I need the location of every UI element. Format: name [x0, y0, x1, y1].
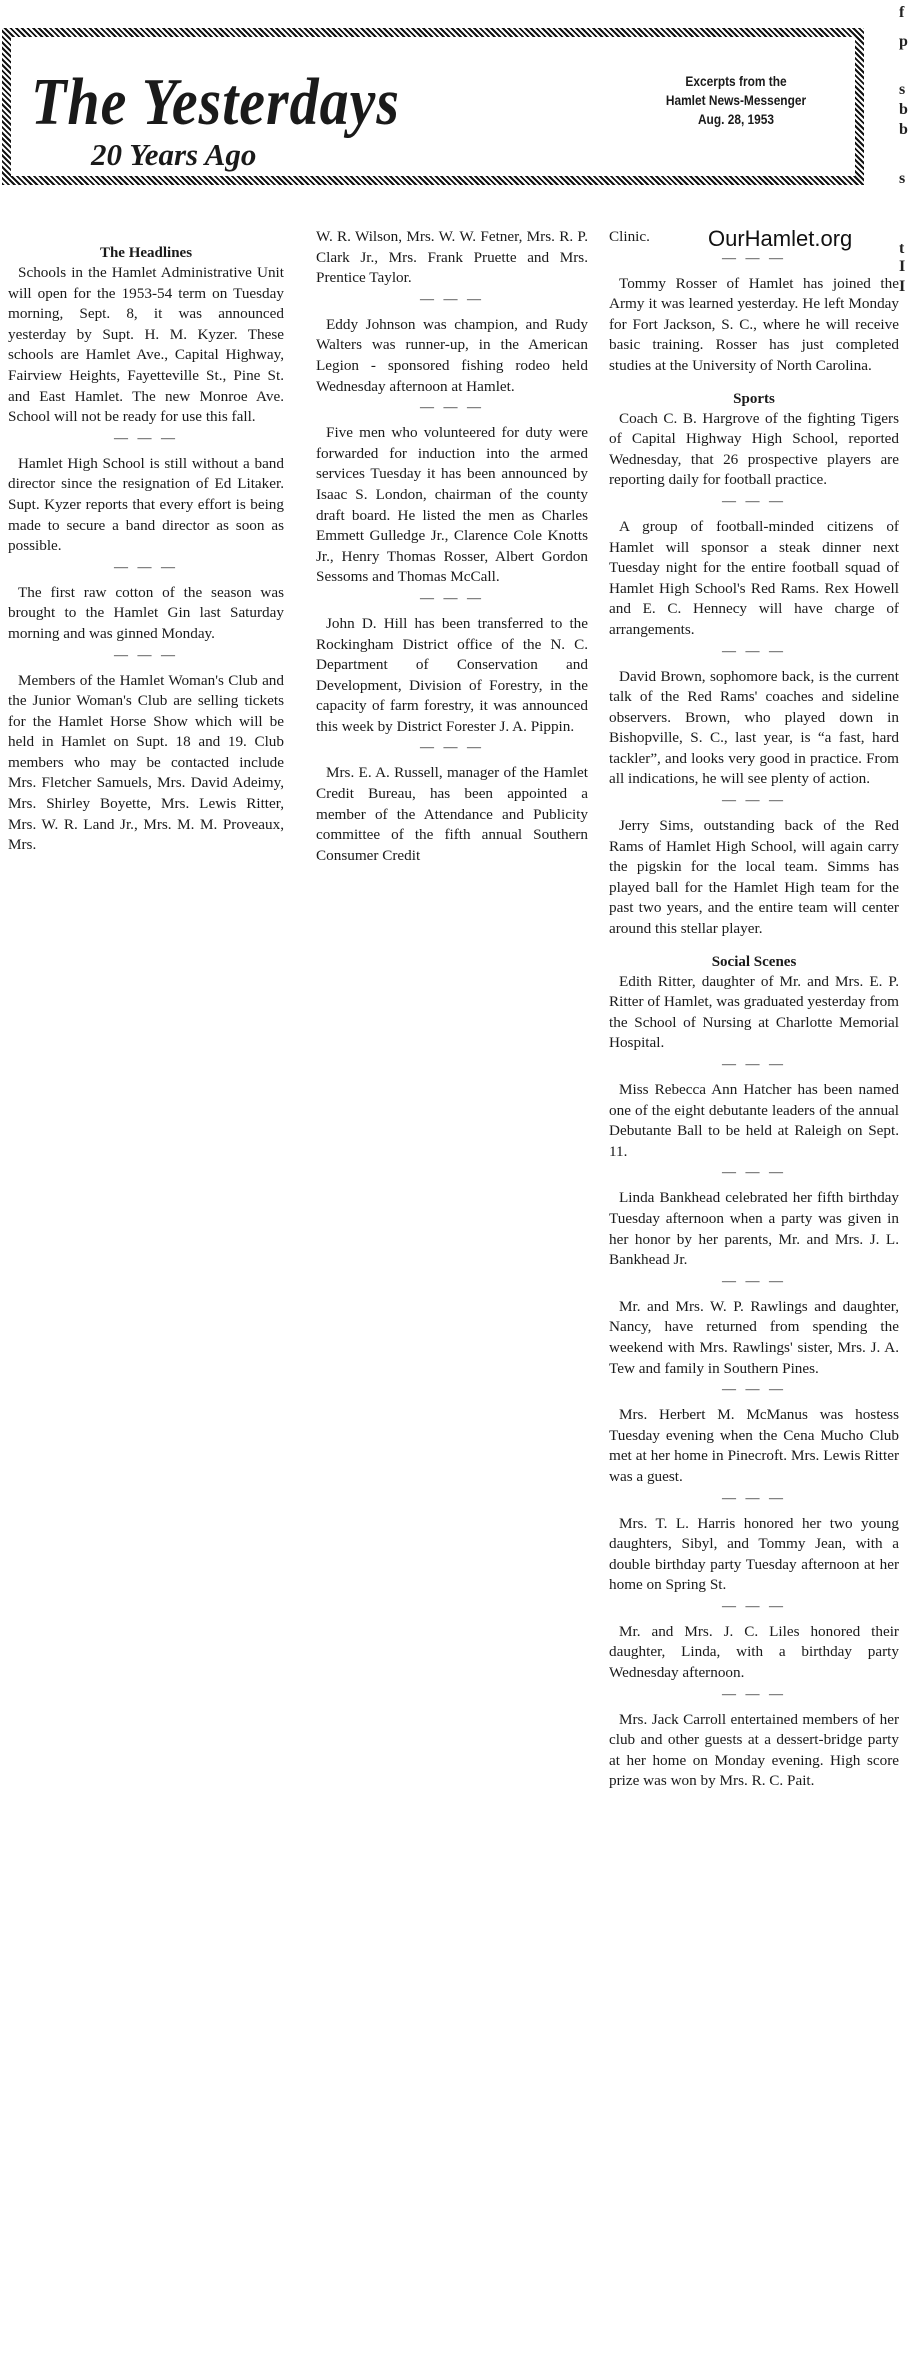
edge-fragment: f: [899, 4, 904, 22]
story-divider: [609, 643, 899, 661]
story-divider: [609, 250, 899, 268]
story-divider: [8, 647, 284, 665]
social-item: Edith Ritter, daughter of Mr. and Mrs. E…: [609, 972, 899, 1054]
edge-fragment: t: [899, 240, 904, 258]
news-item: The first raw cotton of the season was b…: [8, 583, 284, 645]
story-divider: [609, 493, 899, 511]
edge-fragment: p: [899, 33, 908, 51]
story-divider: [609, 1056, 899, 1074]
news-item: Hamlet High School is still without a ba…: [8, 454, 284, 557]
social-item: Mrs. Herbert M. McManus was hostess Tues…: [609, 1405, 899, 1487]
social-item: Mrs. Jack Carroll entertained members of…: [609, 1710, 899, 1792]
social-item: Mr. and Mrs. J. C. Liles honored their d…: [609, 1622, 899, 1684]
column-middle: W. R. Wilson, Mrs. W. W. Fetner, Mrs. R.…: [316, 227, 588, 866]
site-watermark: OurHamlet.org: [708, 226, 852, 252]
story-divider: [316, 739, 588, 757]
edge-fragment: s: [899, 81, 905, 99]
column-right: Clinic. Tommy Rosser of Hamlet has joine…: [609, 227, 899, 1792]
story-divider: [609, 1490, 899, 1508]
edge-fragment: b: [899, 101, 908, 119]
news-item: Schools in the Hamlet Administrative Uni…: [8, 263, 284, 428]
story-divider: [609, 1686, 899, 1704]
edge-fragment: I: [899, 258, 905, 276]
news-item: Mrs. E. A. Russell, manager of the Hamle…: [316, 763, 588, 866]
column-headlines: The Headlines Schools in the Hamlet Admi…: [8, 243, 284, 856]
page-title: The Yesterdays: [31, 69, 400, 136]
story-divider: [609, 1164, 899, 1182]
section-heading-social: Social Scenes: [609, 952, 899, 972]
social-item: Mrs. T. L. Harris honored her two young …: [609, 1514, 899, 1596]
source-date: Aug. 28, 1953: [647, 110, 826, 129]
social-item: Mr. and Mrs. W. P. Rawlings and daughter…: [609, 1297, 899, 1379]
sports-item: A group of football-minded citizens of H…: [609, 517, 899, 641]
news-item: Five men who volunteered for duty were f…: [316, 423, 588, 588]
edge-fragment: s: [899, 170, 905, 188]
story-divider: [609, 1598, 899, 1616]
page-subtitle: 20 Years Ago: [91, 137, 256, 173]
story-divider: [609, 1273, 899, 1291]
story-divider: [316, 399, 588, 417]
story-divider: [316, 590, 588, 608]
news-item-continuation: W. R. Wilson, Mrs. W. W. Fetner, Mrs. R.…: [316, 227, 588, 289]
story-divider: [8, 430, 284, 448]
story-divider: [609, 1381, 899, 1399]
social-item: Linda Bankhead celebrated her fifth birt…: [609, 1188, 899, 1270]
sports-item: David Brown, sophomore back, is the curr…: [609, 667, 899, 791]
social-item: Miss Rebecca Ann Hatcher has been named …: [609, 1080, 899, 1162]
story-divider: [316, 291, 588, 309]
edge-fragment: b: [899, 121, 908, 139]
source-credit: Excerpts from the Hamlet News-Messenger …: [631, 72, 841, 129]
source-line-1: Excerpts from the: [647, 72, 826, 91]
edge-fragment: I: [899, 278, 905, 296]
story-divider: [8, 559, 284, 577]
section-heading-sports: Sports: [609, 389, 899, 409]
masthead-banner: The Yesterdays 20 Years Ago Excerpts fro…: [2, 28, 864, 185]
section-heading-headlines: The Headlines: [8, 243, 284, 263]
news-item: Eddy Johnson was champion, and Rudy Walt…: [316, 315, 588, 397]
sports-item: Coach C. B. Hargrove of the fighting Tig…: [609, 409, 899, 491]
news-item: Members of the Hamlet Woman's Club and t…: [8, 671, 284, 856]
story-divider: [609, 792, 899, 810]
news-item: Tommy Rosser of Hamlet has joined the Ar…: [609, 274, 899, 377]
news-item: John D. Hill has been transferred to the…: [316, 614, 588, 738]
source-line-2: Hamlet News-Messenger: [647, 91, 826, 110]
sports-item: Jerry Sims, outstanding back of the Red …: [609, 816, 899, 940]
